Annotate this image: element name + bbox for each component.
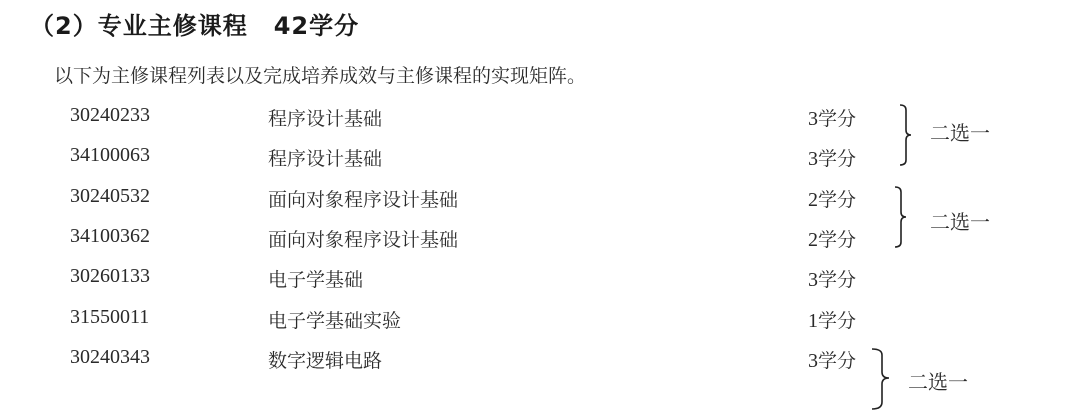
course-row: 30260133 电子学基础 3学分 — [0, 265, 1080, 295]
course-name: 程序设计基础 — [268, 104, 382, 131]
course-name: 面向对象程序设计基础 — [268, 185, 458, 212]
credit-unit: 学分 — [818, 350, 856, 372]
course-name: 电子学基础实验 — [268, 306, 401, 333]
right-brace-icon — [898, 104, 914, 166]
course-name: 电子学基础 — [268, 265, 363, 292]
credit-unit: 学分 — [818, 310, 856, 332]
right-brace-icon — [893, 186, 909, 248]
course-name: 程序设计基础 — [268, 144, 382, 171]
course-code: 30240532 — [70, 185, 150, 208]
credit-unit: 学分 — [818, 269, 856, 291]
credit-number: 2 — [808, 189, 818, 211]
course-code: 34100063 — [70, 144, 150, 167]
credit-unit: 学分 — [818, 148, 856, 170]
section-intro: 以下为主修课程列表以及完成培养成效与主修课程的实现矩阵。 — [54, 61, 586, 88]
course-row: 34100063 程序设计基础 3学分 — [0, 144, 1080, 174]
course-code: 30240343 — [70, 346, 150, 369]
section-heading: （2）专业主修课程42学分 — [30, 6, 359, 41]
right-brace-icon — [870, 348, 886, 410]
course-credit: 3学分 — [808, 346, 856, 373]
section-title: （2）专业主修课程 — [30, 12, 248, 40]
credit-number: 3 — [808, 350, 818, 372]
section-credits: 42学分 — [274, 12, 359, 40]
course-credit: 3学分 — [808, 265, 856, 292]
course-row: 30240532 面向对象程序设计基础 2学分 — [0, 185, 1080, 215]
course-credit: 1学分 — [808, 306, 856, 333]
course-credit: 3学分 — [808, 144, 856, 171]
credit-number: 1 — [808, 310, 818, 332]
course-code: 30240233 — [70, 104, 150, 127]
credit-unit: 学分 — [818, 189, 856, 211]
credit-number: 2 — [808, 229, 818, 251]
course-name: 数字逻辑电路 — [268, 346, 382, 373]
credit-unit: 学分 — [818, 108, 856, 130]
choose-one-label: 二选一 — [908, 366, 968, 395]
credit-number: 3 — [808, 269, 818, 291]
choose-one-label: 二选一 — [930, 206, 990, 235]
course-code: 30260133 — [70, 265, 150, 288]
credit-number: 3 — [808, 108, 818, 130]
credit-number: 3 — [808, 148, 818, 170]
course-credit: 3学分 — [808, 104, 856, 131]
course-credit: 2学分 — [808, 225, 856, 252]
course-row: 34100362 面向对象程序设计基础 2学分 — [0, 225, 1080, 255]
course-row: 30240233 程序设计基础 3学分 — [0, 104, 1080, 134]
credit-unit: 学分 — [818, 229, 856, 251]
course-name: 面向对象程序设计基础 — [268, 225, 458, 252]
course-code: 34100362 — [70, 225, 150, 248]
course-credit: 2学分 — [808, 185, 856, 212]
course-row: 31550011 电子学基础实验 1学分 — [0, 306, 1080, 336]
choose-one-label: 二选一 — [930, 117, 990, 146]
course-code: 31550011 — [70, 306, 149, 329]
